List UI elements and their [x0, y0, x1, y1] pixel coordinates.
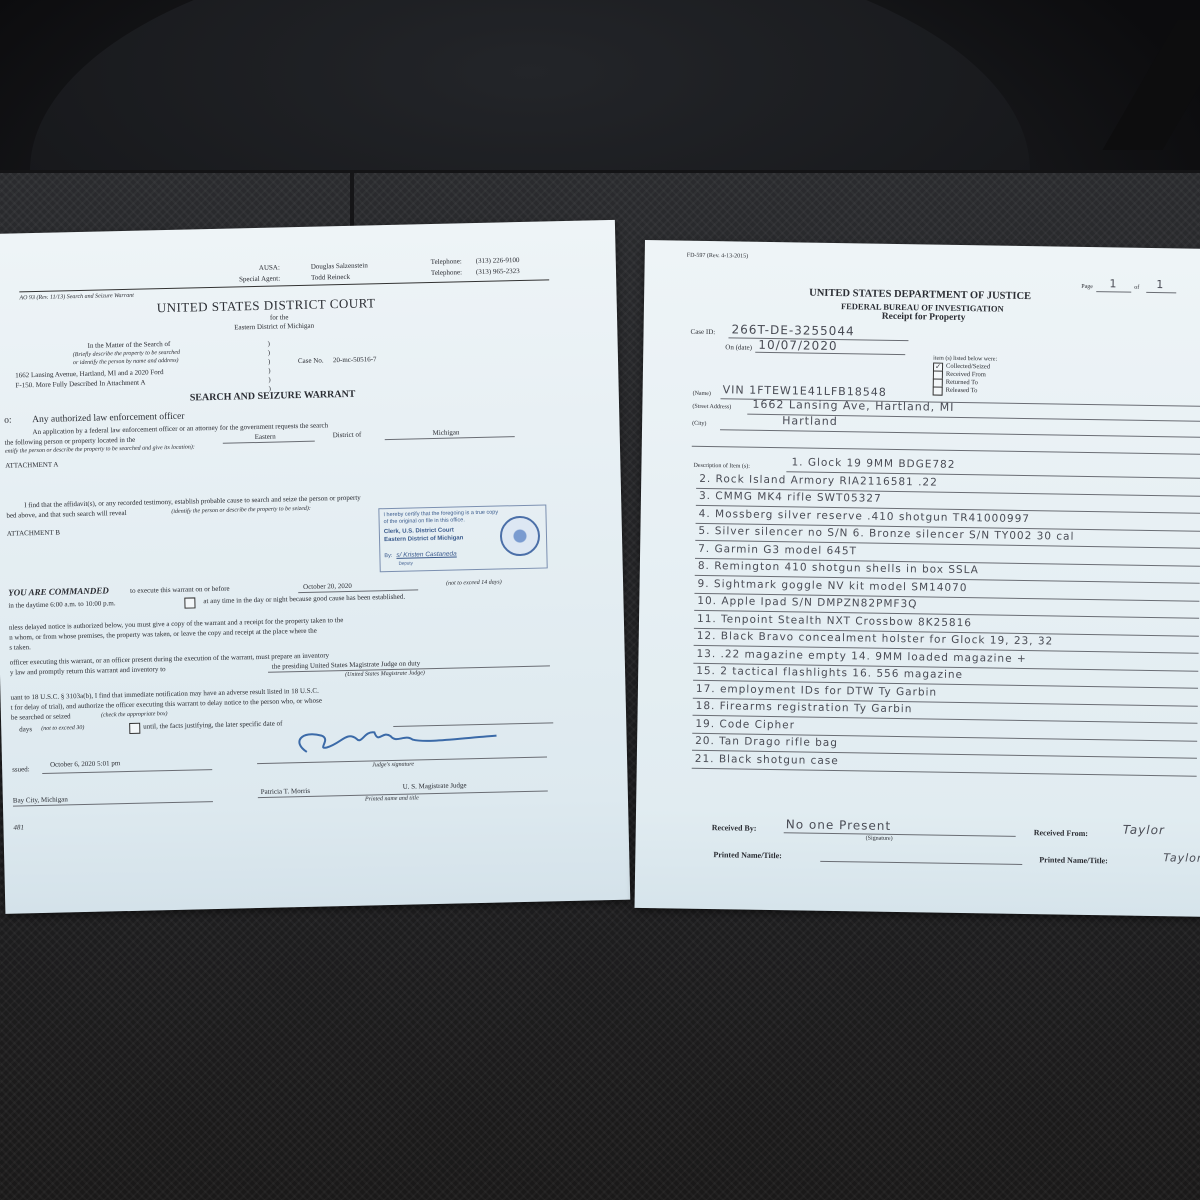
application-district: Eastern — [255, 433, 276, 441]
for-the: for the — [270, 313, 289, 321]
seat-seam — [0, 170, 1200, 173]
usc-hint: (check the appropriate box) — [101, 711, 168, 719]
judge-name: Patricia T. Morris — [261, 787, 310, 796]
seized-item: 1. Glock 19 9MM BDGE782 — [791, 456, 955, 471]
days-label: days — [19, 725, 32, 733]
attachment-b: ATTACHMENT B — [7, 528, 60, 537]
case-number: 20-mc-50516-7 — [333, 355, 377, 364]
until-text: until, the facts justifying, the later s… — [143, 719, 282, 730]
fbi-property-receipt: FD-597 (Rev. 4-13-2015) Page 1 of 1 UNIT… — [635, 240, 1200, 917]
district-of-label: District of — [333, 431, 362, 440]
commanded-label: YOU ARE COMMANDED — [8, 585, 109, 597]
case-no-label: Case No. — [298, 356, 324, 365]
days-hint: (not to exceed 30) — [41, 725, 84, 732]
stamp-district: Eastern District of Michigan — [384, 535, 463, 543]
ausa-name: Douglas Salzenstein — [311, 261, 368, 270]
execute-limit-hint: (not to exceed 14 days) — [446, 579, 502, 586]
bracket: )))))) — [267, 340, 271, 394]
issued-city: Bay City, Michigan — [13, 795, 68, 804]
seized-item: 19. Code Cipher — [695, 717, 795, 731]
application-state: Michigan — [433, 428, 460, 437]
printed-name-label: Printed Name/Title: — [713, 850, 782, 860]
ausa-label: AUSA: — [259, 263, 280, 271]
seized-item: 10. Apple Ipad S/N DMPZN82PMF3Q — [697, 595, 917, 610]
judge-title: U. S. Magistrate Judge — [403, 781, 467, 790]
judge-signature-label: Judge's signature — [372, 762, 414, 769]
form-code: FD-597 (Rev. 4-13-2015) — [687, 253, 749, 260]
issued-date-time: October 6, 2020 5:01 pm — [50, 759, 120, 769]
status-option-label: Received From — [946, 371, 986, 379]
street-value: 1662 Lansing Ave, Hartland, MI — [752, 398, 954, 414]
application-text: the following person or property located… — [5, 436, 136, 447]
execute-by-date: October 20, 2020 — [303, 582, 352, 591]
matter-heading: In the Matter of the Search of — [87, 340, 170, 350]
finding-hint: (identify the person or describe the pro… — [171, 506, 311, 515]
status-option: Released To — [933, 387, 1053, 397]
finding-text: bed above, and that such search will rev… — [6, 509, 126, 520]
name-label: (Name) — [693, 391, 711, 397]
court-title: UNITED STATES DISTRICT COURT — [157, 295, 376, 316]
status-heading: item (s) listed below were: — [933, 356, 997, 363]
received-from-value: Taylor — [1123, 823, 1165, 838]
seized-item: 8. Remington 410 shotgun shells in box S… — [698, 560, 979, 576]
description-label: Description of Item (s): — [693, 463, 750, 470]
date-value: 10/07/2020 — [758, 338, 837, 353]
commanded-text: to execute this warrant on or before — [130, 585, 230, 595]
receipt-heading: Receipt for Property — [882, 312, 966, 323]
matter-location: F-150. More Fully Described In Attachmen… — [15, 379, 145, 390]
return-to-hint: (United States Magistrate Judge) — [345, 670, 425, 678]
warrant-title: SEARCH AND SEIZURE WARRANT — [190, 389, 356, 404]
status-checkbox[interactable] — [933, 387, 943, 396]
printed-name-value: Taylor — [1163, 851, 1200, 865]
agent-name: Todd Reineck — [311, 273, 350, 282]
phone-number: (313) 226-9100 — [476, 256, 520, 265]
seized-item: 3. CMMG MK4 rifle SWT05327 — [699, 490, 882, 505]
agent-label: Special Agent: — [239, 274, 280, 283]
name-value: VIN 1FTEW1E41LFB18548 — [723, 383, 887, 399]
court-seal-icon — [500, 516, 541, 557]
case-id-value: 266T-DE-3255044 — [731, 322, 854, 338]
seized-item: 20. Tan Drago rifle bag — [695, 735, 838, 749]
status-option-label: Collected/Seized — [946, 363, 990, 371]
seized-item: 21. Black shotgun case — [695, 752, 839, 766]
city-label: (City) — [692, 421, 706, 427]
stamp-clerk: Clerk, U.S. District Court — [384, 528, 454, 536]
seized-item: 18. Firearms registration Ty Garbin — [696, 700, 913, 715]
stamp-role: Deputy — [399, 560, 413, 565]
date-label: On (date) — [725, 343, 752, 351]
stamp-by-label: By: — [384, 553, 392, 559]
judge-signature-icon — [286, 717, 507, 762]
anytime-option: at any time in the day or night because … — [203, 593, 405, 606]
stamp-signer: s/ Kristen Castaneda — [396, 550, 456, 558]
page-label: Page — [1081, 284, 1093, 290]
phone-label: Telephone: — [431, 268, 462, 277]
to-label: o: — [4, 416, 12, 426]
district-name: Eastern District of Michigan — [234, 322, 314, 332]
status-options: ✓Collected/SeizedReceived FromReturned T… — [933, 363, 1053, 397]
inventory-text: y law and promptly return this warrant a… — [10, 665, 166, 677]
stamp-text: of the original on file in this office. — [384, 517, 465, 525]
page-total: 1 — [1156, 278, 1164, 291]
seized-item: 17. employment IDs for DTW Ty Garbin — [696, 682, 937, 698]
seized-item: 15. 2 tactical flashlights 16. 556 magaz… — [696, 665, 963, 681]
receipt-title: UNITED STATES DEPARTMENT OF JUSTICE — [809, 288, 1031, 302]
seized-item: 11. Tenpoint Stealth NXT Crossbow 8K2581… — [697, 612, 972, 628]
printed-name-hint: Printed name and title — [365, 795, 419, 802]
city-value: Hartland — [782, 414, 838, 428]
status-option-label: Released To — [946, 387, 978, 394]
attachment-a: ATTACHMENT A — [5, 461, 58, 470]
street-label: (Street Address) — [692, 404, 731, 411]
to-recipient: Any authorized law enforcement officer — [32, 412, 184, 425]
anytime-checkbox[interactable] — [184, 597, 195, 608]
seat-strap — [1102, 20, 1200, 150]
clerk-certification-stamp: I hereby certify that the foregoing is a… — [378, 504, 547, 572]
issued-label: ssued: — [12, 765, 30, 773]
received-by-value: No one Present — [786, 817, 892, 833]
footer-code: 481 — [13, 823, 24, 831]
page-number: 1 — [1109, 277, 1117, 290]
seized-item: 7. Garmin G3 model 645T — [698, 542, 857, 556]
received-from-label: Received From: — [1034, 828, 1088, 838]
notice-text: s taken. — [9, 643, 31, 651]
seized-item: 9. Sightmark goggle NV kit model SM14070 — [698, 577, 968, 593]
seized-item: 2. Rock Island Armory RIA2116581 .22 — [699, 472, 938, 488]
printed-name-label: Printed Name/Title: — [1039, 855, 1108, 865]
form-code: AO 93 (Rev. 11/13) Search and Seizure Wa… — [19, 293, 134, 302]
item-rule-line — [692, 767, 1197, 776]
received-by-label: Received By: — [712, 823, 757, 833]
daytime-option: in the daytime 6:00 a.m. to 10:00 p.m. — [8, 599, 115, 609]
matter-hint: or identify the person by name and addre… — [73, 358, 179, 366]
page-of-label: of — [1134, 285, 1139, 291]
matter-hint: (Briefly describe the property to be sea… — [73, 350, 180, 358]
search-warrant-document: AO 93 (Rev. 11/13) Search and Seizure Wa… — [0, 220, 630, 914]
phone-label: Telephone: — [431, 257, 462, 266]
signature-hint: (Signature) — [866, 836, 893, 842]
status-option-label: Returned To — [946, 379, 978, 387]
phone-number: (313) 965-2323 — [476, 267, 520, 276]
case-id-label: Case ID: — [691, 328, 716, 336]
usc-text: be searched or seized — [11, 712, 71, 721]
until-checkbox[interactable] — [129, 723, 140, 734]
